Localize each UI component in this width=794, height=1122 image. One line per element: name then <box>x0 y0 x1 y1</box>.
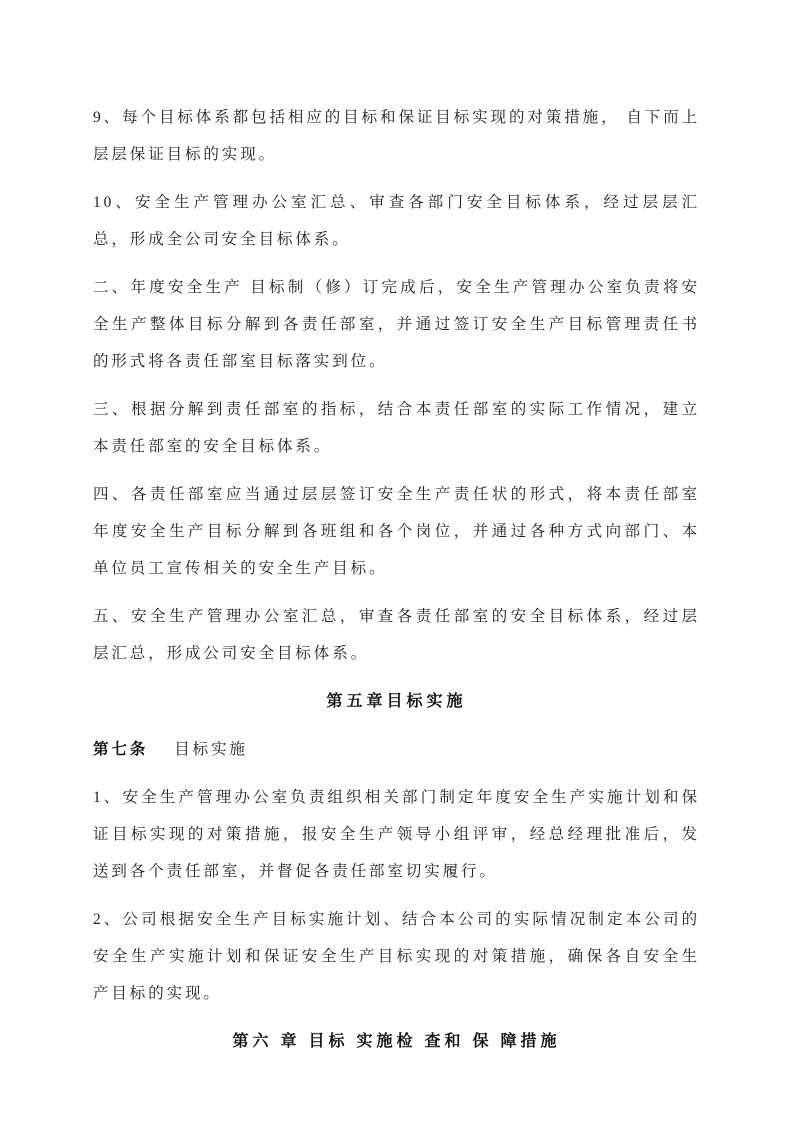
paragraph-clause-4: 四、各责任部室应当通过层层签订安全生产责任状的形式，将本责任部室年度安全生产目标… <box>93 476 700 587</box>
chapter-5-heading: 第五章目标实施 <box>93 683 700 720</box>
chapter-6-heading: 第六 章 目标 实施检 查和 保 障措施 <box>93 1023 700 1060</box>
paragraph-clause-5: 五、安全生产管理办公室汇总，审查各责任部室的安全目标体系，经过层层汇总，形成公司… <box>93 598 700 672</box>
paragraph-clause-2: 二、年度安全生产 目标制（修）订完成后，安全生产管理办公室负责将安全生产整体目标… <box>93 269 700 380</box>
article-7-title: 目标实施 <box>174 741 248 758</box>
document-page: 9、每个目标体系都包括相应的目标和保证目标实现的对策措施， 自下而上层层保证目标… <box>0 0 794 1122</box>
paragraph-clause-3: 三、根据分解到责任部室的指标，结合本责任部室的实际工作情况，建立本责任部室的安全… <box>93 391 700 465</box>
paragraph-impl-2: 2、公司根据安全生产目标实施计划、结合本公司的实际情况制定本公司的安全生产实施计… <box>93 901 700 1012</box>
paragraph-item-9: 9、每个目标体系都包括相应的目标和保证目标实现的对策措施， 自下而上层层保证目标… <box>93 99 700 173</box>
paragraph-impl-1: 1、安全生产管理办公室负责组织相关部门制定年度安全生产实施计划和保证目标实现的对… <box>93 779 700 890</box>
article-7-heading: 第七条目标实施 <box>93 731 700 768</box>
article-7-label: 第七条 <box>93 741 148 758</box>
paragraph-item-10: 10、安全生产管理办公室汇总、审查各部门安全目标体系，经过层层汇总，形成全公司安… <box>93 184 700 258</box>
